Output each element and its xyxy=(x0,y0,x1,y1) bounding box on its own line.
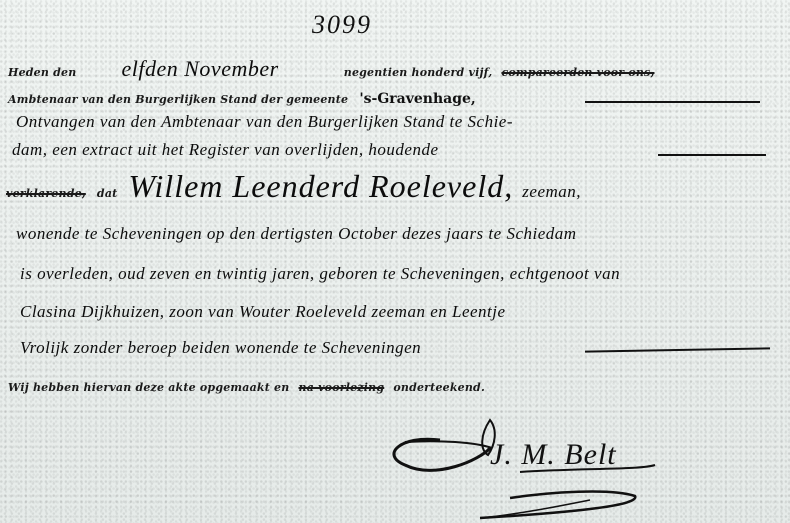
struck-printed-text: compareerden voor ons, xyxy=(501,66,654,79)
line-6: wonende te Scheveningen op den dertigste… xyxy=(16,224,577,244)
line-1: Heden den elfden November negentien hond… xyxy=(8,56,654,82)
line-10: Wij hebben hiervan deze akte opgemaakt e… xyxy=(8,376,485,395)
line-3: Ontvangen van den Ambtenaar van den Burg… xyxy=(16,112,513,132)
municipality-name: 's-Gravenhage, xyxy=(359,91,475,107)
occupation: zeeman, xyxy=(522,182,581,201)
line-8: Clasina Dijkhuizen, zoon van Wouter Roel… xyxy=(20,302,506,322)
printed-year: negentien honderd vijf, xyxy=(344,66,493,79)
printed-text: Heden den xyxy=(8,66,76,79)
printed-text: onderteekend. xyxy=(393,381,485,394)
printed-text: Ambtenaar van den Burgerlijken Stand der… xyxy=(8,93,348,106)
struck-printed-text: na voorlezing xyxy=(299,381,385,394)
printed-text: dat xyxy=(97,187,118,200)
handwritten-date: elfden November xyxy=(122,56,279,81)
deceased-name: Willem Leenderd Roeleveld, xyxy=(129,168,514,204)
struck-printed-text: verklarende, xyxy=(6,187,86,200)
record-number: 3099 xyxy=(312,10,372,40)
signature-text: J. M. Belt xyxy=(490,438,617,472)
line-9: Vrolijk zonder beroep beiden wonende te … xyxy=(20,338,421,358)
line-4: dam, een extract uit het Register van ov… xyxy=(12,140,439,160)
fill-rule xyxy=(585,101,760,103)
line-5: verklarende, dat Willem Leenderd Roeleve… xyxy=(6,168,581,205)
signature: J. M. Belt xyxy=(380,410,680,520)
line-7: is overleden, oud zeven en twintig jaren… xyxy=(20,264,620,284)
printed-text: Wij hebben hiervan deze akte opgemaakt e… xyxy=(8,381,289,394)
fill-rule xyxy=(658,154,766,156)
line-2: Ambtenaar van den Burgerlijken Stand der… xyxy=(8,88,476,107)
